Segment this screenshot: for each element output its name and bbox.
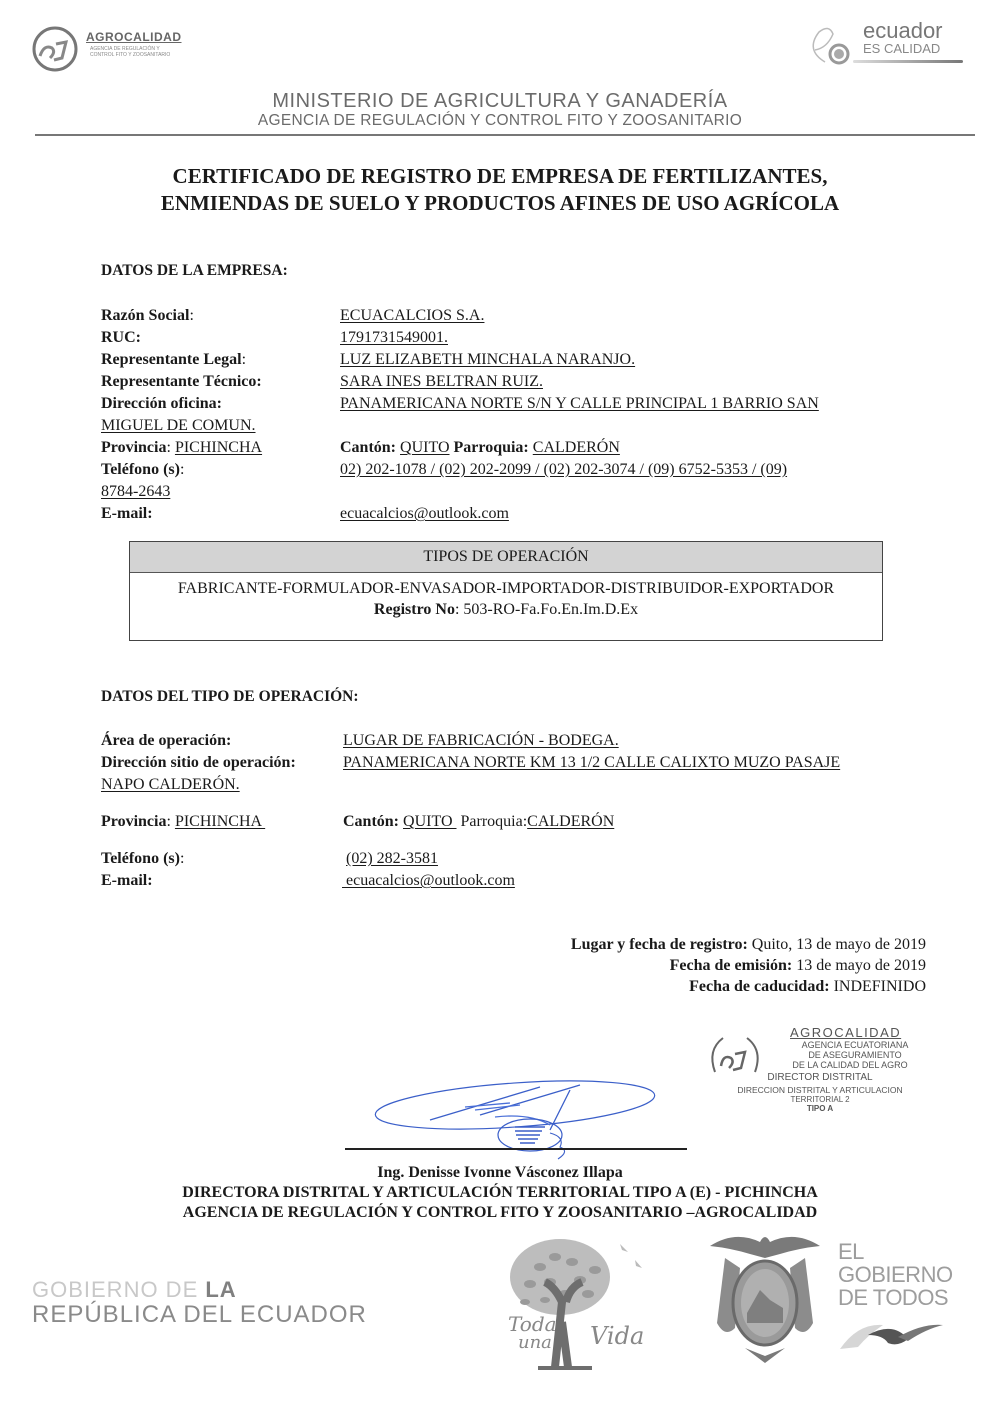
canton-label: Cantón: [340,439,396,456]
registro-date-value: Quito, 13 de mayo de 2019 [752,936,926,953]
operation-types-body: FABRICANTE-FORMULADOR-ENVASADOR-IMPORTAD… [130,573,882,620]
stamp-line2: AGENCIA ECUATORIANA [790,1040,920,1050]
gobierno-republica-logo: GOBIERNO DE LA REPÚBLICA DEL ECUADOR [32,1278,367,1328]
telefono-label: Teléfono (s) [101,461,180,478]
colon: : [166,813,174,830]
op-direccion-row: Dirección sitio de operación: PANAMERICA… [101,753,296,773]
vida-text: Vida [590,1322,644,1350]
registro-date-label: Lugar y fecha de registro: [571,936,748,953]
area-label: Área de operación: [101,732,231,749]
caducidad-date-value: INDEFINIDO [834,978,926,995]
op-canton-parroquia: Cantón: QUITO Parroquia:CALDERÓN [343,812,614,832]
telefono-row: Teléfono (s): 02) 202-1078 / (02) 202-20… [101,460,184,480]
caducidad-date-row: Fecha de caducidad: INDEFINIDO [571,976,926,997]
rep-legal-value: LUZ ELIZABETH MINCHALA NARANJO. [340,350,635,370]
telefono-value-line1: 02) 202-1078 / (02) 202-2099 / (02) 202-… [340,460,787,480]
la-text: LA [205,1277,236,1302]
op-provincia-label: Provincia [101,813,166,830]
caducidad-date-label: Fecha de caducidad: [689,978,829,995]
ministry-header: MINISTERIO DE AGRICULTURA Y GANADERÍA AG… [0,90,1000,130]
header-divider [35,134,975,136]
provincia-label: Provincia [101,439,166,456]
stamp-line8: TIPO A [705,1104,935,1113]
op-email-label: E-mail: [101,872,153,889]
email-label: E-mail: [101,505,153,522]
operation-types-list: FABRICANTE-FORMULADOR-ENVASADOR-IMPORTAD… [130,578,882,599]
razon-social-value: ECUACALCIOS S.A. [340,306,484,326]
email-row: E-mail: ecuacalcios@outlook.com [101,504,153,524]
toda-una-vida-logo: Toda una Vida [500,1232,650,1372]
operation-types-box: TIPOS DE OPERACIÓN FABRICANTE-FORMULADOR… [129,541,883,641]
canton-value: QUITO [400,439,449,456]
es-calidad-text: ES CALIDAD [863,42,940,56]
direccion-value-line1: PANAMERICANA NORTE S/N Y CALLE PRINCIPAL… [340,394,819,414]
una-text: una [518,1332,552,1353]
colon: : [242,351,246,368]
ecuador-coat-of-arms-icon [705,1228,825,1368]
telefono-value-line2: 8784-2643 [101,483,170,500]
agency-name: AGENCIA DE REGULACIÓN Y CONTROL FITO Y Z… [0,112,1000,130]
operation-section-heading: DATOS DEL TIPO DE OPERACIÓN: [101,688,359,706]
agrocalidad-logo: AGROCALIDAD AGENCIA DE REGULACIÓN Y CONT… [30,22,220,76]
op-email-row: E-mail: ecuacalcios@outlook.com [101,871,153,891]
direccion-row-cont: MIGUEL DE COMUN. [101,416,256,436]
rep-legal-row: Representante Legal: LUZ ELIZABETH MINCH… [101,350,246,370]
ruc-label: RUC: [101,329,141,346]
el-text: EL [838,1240,953,1263]
location-row: Provincia: PICHINCHA Cantón: QUITO Parro… [101,438,262,458]
registro-line: Registro No: 503-RO-Fa.Fo.En.Im.D.Ex [130,599,882,620]
gobierno-text: GOBIERNO [838,1263,953,1286]
rep-tecnico-row: Representante Técnico: SARA INES BELTRAN… [101,372,262,392]
op-direccion-value-line2: NAPO CALDERÓN. [101,776,240,793]
agrocalidad-subtitle-line2: CONTROL FITO Y ZOOSANITARIO [90,52,170,58]
republica-text: REPÚBLICA DEL ECUADOR [32,1302,367,1328]
colon: : [166,439,174,456]
signer-name: Ing. Denisse Ivonne Vásconez Illapa [0,1163,1000,1183]
op-parroquia-value: CALDERÓN [527,813,614,830]
title-line2: ENMIENDAS DE SUELO Y PRODUCTOS AFINES DE… [0,190,1000,217]
agrocalidad-subtitle: AGENCIA DE REGULACIÓN Y CONTROL FITO Y Z… [90,46,170,58]
parroquia-value: CALDERÓN [533,439,620,456]
gobierno-de-la-text: GOBIERNO DE LA [32,1278,367,1302]
rep-legal-label: Representante Legal [101,351,242,368]
op-location-row: Provincia: PICHINCHA Cantón: QUITO Parro… [101,812,265,832]
ecuador-es-calidad-logo: ecuador ES CALIDAD [805,20,975,70]
op-telefono-label: Teléfono (s) [101,850,180,867]
stamp-line3: DE ASEGURAMIENTO [790,1050,920,1060]
ministry-name: MINISTERIO DE AGRICULTURA Y GANADERÍA [0,90,1000,112]
provincia-value: PICHINCHA [175,439,262,456]
razon-social-label: Razón Social [101,307,189,324]
registro-value: 503-RO-Fa.Fo.En.Im.D.Ex [463,601,638,618]
op-direccion-value-line1: PANAMERICANA NORTE KM 13 1/2 CALLE CALIX… [343,753,840,773]
op-direccion-row-cont: NAPO CALDERÓN. [101,775,240,795]
op-direccion-label: Dirección sitio de operación: [101,754,296,771]
emision-date-label: Fecha de emisión: [670,957,793,974]
stamp-line7: TERRITORIAL 2 [705,1095,935,1104]
telefono-row-cont: 8784-2643 [101,482,170,502]
direccion-value-line2: MIGUEL DE COMUN. [101,417,256,434]
direccion-row: Dirección oficina: PANAMERICANA NORTE S/… [101,394,222,414]
op-provincia-value: PICHINCHA [175,813,265,830]
parroquia-label: Parroquia: [454,439,529,456]
rep-tecnico-value: SARA INES BELTRAN RUIZ. [340,372,543,392]
hummingbird-swoosh-icon [838,1313,948,1353]
op-canton-label: Cantón: [343,813,399,830]
registro-label: Registro No [374,601,455,618]
ruc-value: 1791731549001. [340,328,448,348]
agrocalidad-emblem-icon [30,24,80,74]
ecuador-text: ecuador [863,20,943,42]
title-line1: CERTIFICADO DE REGISTRO DE EMPRESA DE FE… [0,163,1000,190]
op-email-value[interactable]: ecuacalcios@outlook.com [342,871,515,891]
registro-date-row: Lugar y fecha de registro: Quito, 13 de … [571,934,926,955]
area-value: LUGAR DE FABRICACIÓN - BODEGA. [343,731,619,751]
signer-position: DIRECTORA DISTRITAL Y ARTICULACIÓN TERRI… [0,1183,1000,1203]
de-todos-text: DE TODOS [838,1286,953,1309]
stamp-line4: DE LA CALIDAD DEL AGRO [775,1060,925,1070]
direccion-label: Dirección oficina: [101,395,222,412]
op-parroquia-label: Parroquia: [461,813,528,830]
coat-of-arms [705,1228,825,1368]
op-telefono-value: (02) 282-3581 [346,849,438,869]
dates-block: Lugar y fecha de registro: Quito, 13 de … [571,934,926,997]
company-section-heading: DATOS DE LA EMPRESA: [101,262,288,280]
signature-line [345,1148,687,1150]
area-row: Área de operación: LUGAR DE FABRICACIÓN … [101,731,231,751]
op-telefono-row: Teléfono (s): (02) 282-3581 [101,849,184,869]
colon: : [180,850,184,867]
signer-agency: AGENCIA DE REGULACIÓN Y CONTROL FITO Y Z… [0,1203,1000,1223]
stamp-line6: DIRECCION DISTRITAL Y ARTICULACION [705,1085,935,1095]
stamp-line5: DIRECTOR DISTRITAL [750,1072,890,1083]
razon-social-row: Razón Social: ECUACALCIOS S.A. [101,306,194,326]
canton-parroquia: Cantón: QUITO Parroquia: CALDERÓN [340,438,620,458]
ruc-row: RUC: 1791731549001. [101,328,141,348]
emision-date-value: 13 de mayo de 2019 [796,957,926,974]
certificate-title: CERTIFICADO DE REGISTRO DE EMPRESA DE FE… [0,163,1000,217]
gobierno-de-todos-logo: EL GOBIERNO DE TODOS [838,1240,953,1357]
agrocalidad-name: AGROCALIDAD [86,30,182,44]
rep-tecnico-label: Representante Técnico: [101,373,262,390]
email-value[interactable]: ecuacalcios@outlook.com [340,504,509,524]
logo-swoosh [853,60,963,63]
emision-date-row: Fecha de emisión: 13 de mayo de 2019 [571,955,926,976]
gobierno-de-text: GOBIERNO DE [32,1277,205,1302]
stamp-line1: AGROCALIDAD [790,1025,901,1040]
colon: : [180,461,184,478]
colon: : [189,307,193,324]
official-stamp: AGROCALIDAD AGENCIA ECUATORIANA DE ASEGU… [705,1025,940,1130]
op-canton-value: QUITO [403,813,456,830]
operation-types-header: TIPOS DE OPERACIÓN [130,542,882,573]
signer-block: Ing. Denisse Ivonne Vásconez Illapa DIRE… [0,1163,1000,1223]
